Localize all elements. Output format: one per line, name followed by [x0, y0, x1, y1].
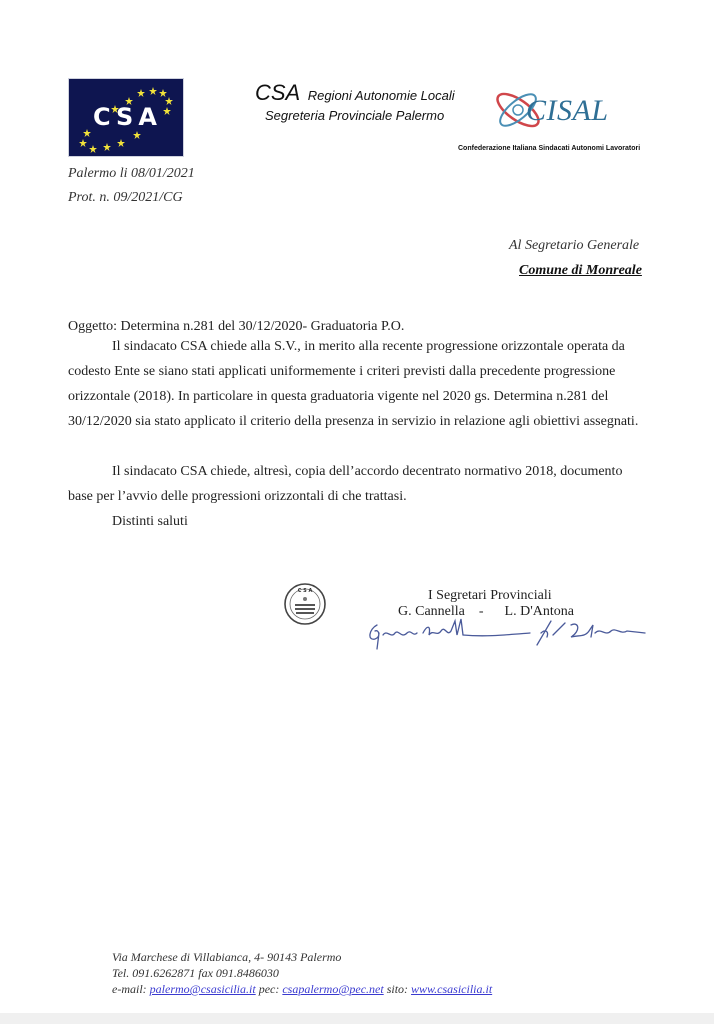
- official-stamp: C S A: [283, 582, 327, 626]
- cisal-logo: CISAL: [488, 80, 638, 140]
- place-date: Palermo li 08/01/2021: [68, 166, 195, 182]
- footer-contacts: e-mail: palermo@csasicilia.it pec: csapa…: [112, 982, 492, 997]
- email-link[interactable]: palermo@csasicilia.it: [150, 982, 256, 996]
- closing-salutation: Distinti saluti: [112, 509, 188, 534]
- letterhead-title: CSA Regioni Autonomie Locali: [255, 80, 455, 106]
- letterhead-title-suffix: Regioni Autonomie Locali: [308, 88, 455, 103]
- pec-link[interactable]: csapalermo@pec.net: [282, 982, 383, 996]
- csa-logo-text: CSA: [93, 103, 162, 131]
- recipient-role: Al Segretario Generale: [509, 238, 639, 254]
- signers-title: I Segretari Provinciali: [428, 588, 552, 604]
- letterhead-subtitle: Segreteria Provinciale Palermo: [265, 108, 444, 123]
- cisal-caption: Confederazione Italiana Sindacati Autono…: [458, 145, 640, 152]
- footer-address: Via Marchese di Villabianca, 4- 90143 Pa…: [112, 950, 341, 965]
- protocol-number: Prot. n. 09/2021/CG: [68, 190, 183, 206]
- website-link[interactable]: www.csasicilia.it: [411, 982, 492, 996]
- cisal-logo-text: CISAL: [526, 94, 609, 128]
- letterhead-title-main: CSA: [255, 80, 300, 105]
- recipient-organization: Comune di Monreale: [519, 263, 642, 279]
- handwritten-signatures: [365, 615, 655, 650]
- paragraph-1: Il sindacato CSA chiede alla S.V., in me…: [68, 334, 648, 434]
- viewer-bottom-bar: [0, 1013, 714, 1024]
- footer-phone: Tel. 091.6262871 fax 091.8486030: [112, 966, 279, 981]
- paragraph-2: Il sindacato CSA chiede, altresì, copia …: [68, 459, 648, 509]
- stamp-icon: C S A: [283, 582, 327, 626]
- email-label: e-mail:: [112, 982, 150, 996]
- pec-label: pec:: [256, 982, 283, 996]
- site-label: sito:: [384, 982, 411, 996]
- svg-text:C S A: C S A: [298, 588, 313, 594]
- csa-logo: CSA: [68, 78, 184, 157]
